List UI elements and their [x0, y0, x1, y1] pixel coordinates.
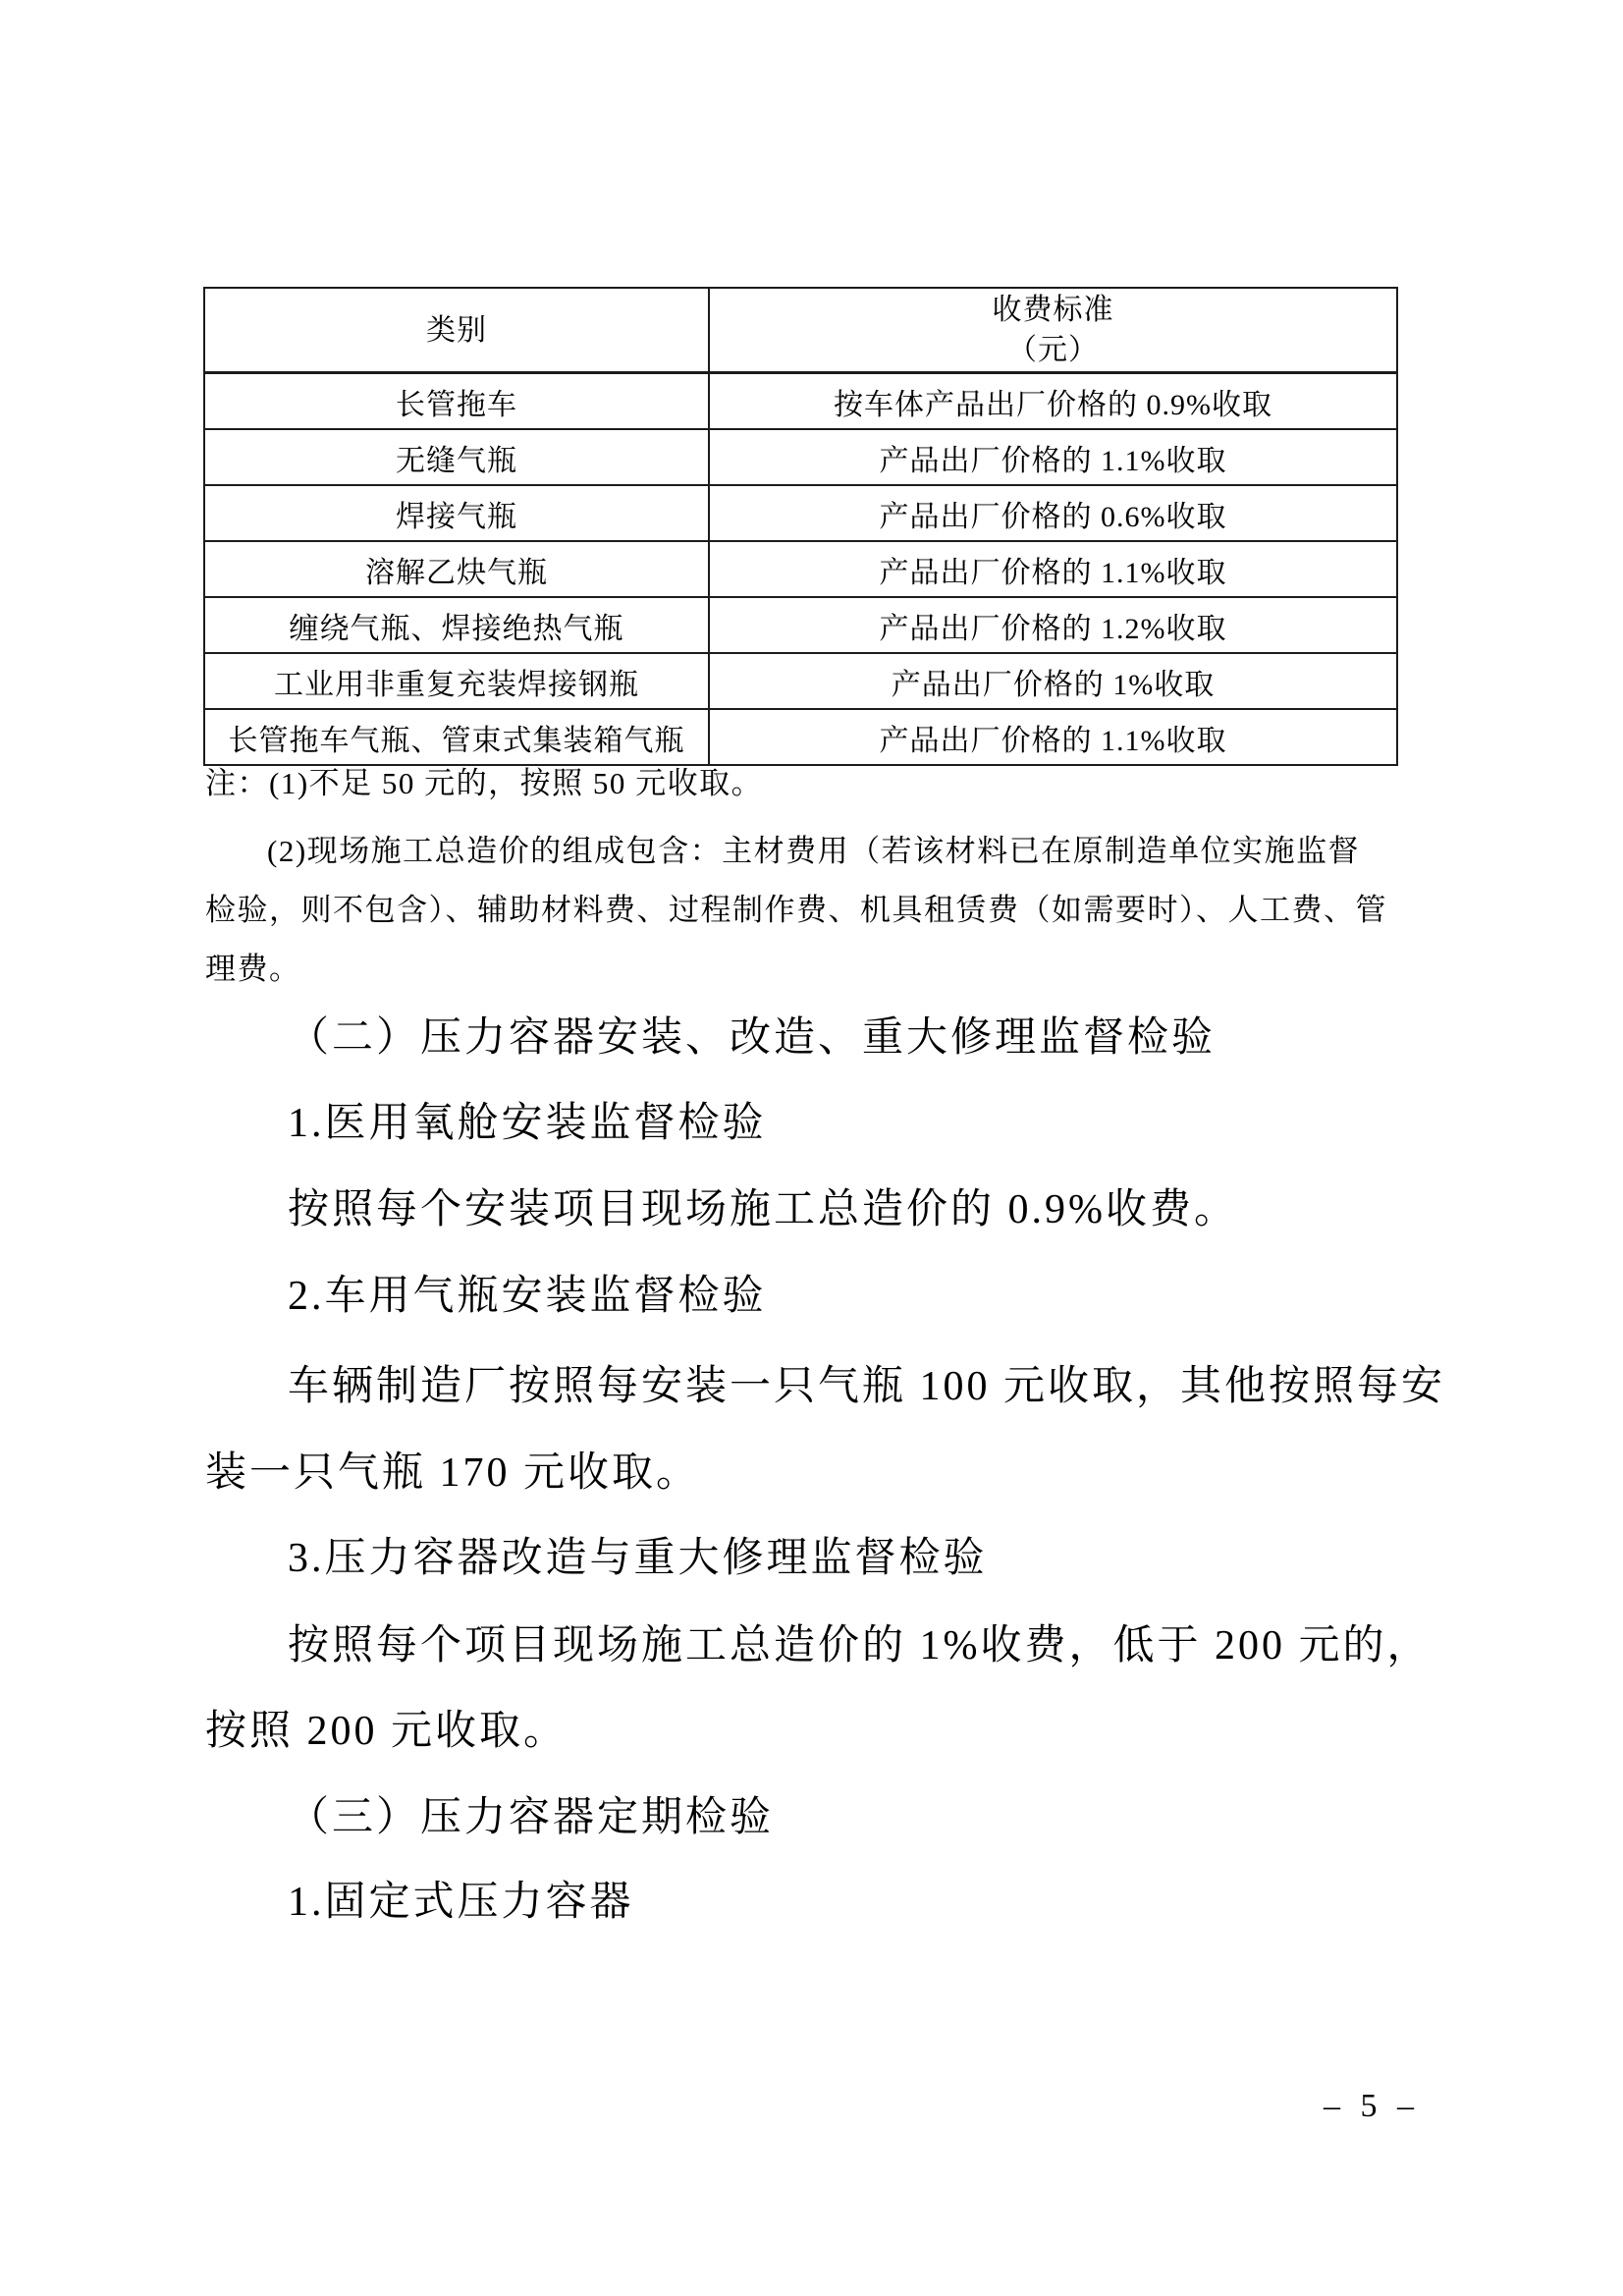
- item1-title: 1.医用氧舱安装监督检验: [288, 1100, 767, 1147]
- category-cell: 长管拖车气瓶、管束式集装箱气瓶: [204, 709, 709, 765]
- table-header-row: 类别 收费标准 （元）: [204, 288, 1397, 373]
- item2-title: 2.车用气瓶安装监督检验: [288, 1273, 767, 1320]
- item4-title: 1.固定式压力容器: [288, 1879, 634, 1926]
- item3-text-line2: 按照 200 元收取。: [205, 1708, 568, 1755]
- header-fee-label-line1: 收费标准: [710, 290, 1396, 330]
- table-note-line3: 检验，则不包含）、辅助材料费、过程制作费、机具租赁费（如需要时）、人工费、管: [205, 893, 1387, 928]
- table-row: 工业用非重复充装焊接钢瓶 产品出厂价格的 1%收取: [204, 653, 1397, 709]
- header-category-label: 类别: [205, 310, 708, 351]
- table-row: 焊接气瓶 产品出厂价格的 0.6%收取: [204, 485, 1397, 541]
- fee-cell: 产品出厂价格的 1.2%收取: [709, 597, 1397, 653]
- section-heading-2: （二）压力容器安装、改造、重大修理监督检验: [288, 1014, 1216, 1062]
- page-number: – 5 –: [1324, 2088, 1420, 2125]
- category-cell: 焊接气瓶: [204, 485, 709, 541]
- item3-title: 3.压力容器改造与重大修理监督检验: [288, 1535, 988, 1582]
- item2-text-line1: 车辆制造厂按照每安装一只气瓶 100 元收取，其他按照每安: [288, 1363, 1445, 1410]
- category-cell: 无缝气瓶: [204, 429, 709, 485]
- item2-text-line2: 装一只气瓶 170 元收取。: [205, 1449, 700, 1497]
- header-fee-label-line2: （元）: [710, 330, 1396, 370]
- fee-cell: 产品出厂价格的 1.1%收取: [709, 429, 1397, 485]
- table-row: 无缝气瓶 产品出厂价格的 1.1%收取: [204, 429, 1397, 485]
- item3-text-line1: 按照每个项目现场施工总造价的 1%收费，低于 200 元的，: [288, 1622, 1432, 1669]
- fee-cell: 产品出厂价格的 0.6%收取: [709, 485, 1397, 541]
- table-row: 长管拖车 按车体产品出厂价格的 0.9%收取: [204, 373, 1397, 430]
- table-row: 长管拖车气瓶、管束式集装箱气瓶 产品出厂价格的 1.1%收取: [204, 709, 1397, 765]
- table-note-line1: 注：(1)不足 50 元的，按照 50 元收取。: [205, 766, 763, 801]
- fee-table: 类别 收费标准 （元） 长管拖车 按车体产品出厂价格的 0.9%收取 无缝气瓶 …: [203, 287, 1398, 766]
- category-cell: 工业用非重复充装焊接钢瓶: [204, 653, 709, 709]
- fee-cell: 产品出厂价格的 1.1%收取: [709, 709, 1397, 765]
- fee-cell: 产品出厂价格的 1%收取: [709, 653, 1397, 709]
- category-cell: 缠绕气瓶、焊接绝热气瓶: [204, 597, 709, 653]
- item1-text: 按照每个安装项目现场施工总造价的 0.9%收费。: [288, 1186, 1238, 1233]
- table-note-line4: 理费。: [205, 952, 301, 987]
- table-note-line2: (2)现场施工总造价的组成包含：主材费用（若该材料已在原制造单位实施监督: [267, 834, 1360, 869]
- category-cell: 溶解乙炔气瓶: [204, 541, 709, 597]
- table-row: 缠绕气瓶、焊接绝热气瓶 产品出厂价格的 1.2%收取: [204, 597, 1397, 653]
- header-category-cell: 类别: [204, 288, 709, 373]
- header-fee-cell: 收费标准 （元）: [709, 288, 1397, 373]
- fee-cell: 按车体产品出厂价格的 0.9%收取: [709, 373, 1397, 430]
- table-row: 溶解乙炔气瓶 产品出厂价格的 1.1%收取: [204, 541, 1397, 597]
- category-cell: 长管拖车: [204, 373, 709, 430]
- document-page: 类别 收费标准 （元） 长管拖车 按车体产品出厂价格的 0.9%收取 无缝气瓶 …: [0, 0, 1623, 2296]
- fee-cell: 产品出厂价格的 1.1%收取: [709, 541, 1397, 597]
- section-heading-3: （三）压力容器定期检验: [288, 1794, 774, 1841]
